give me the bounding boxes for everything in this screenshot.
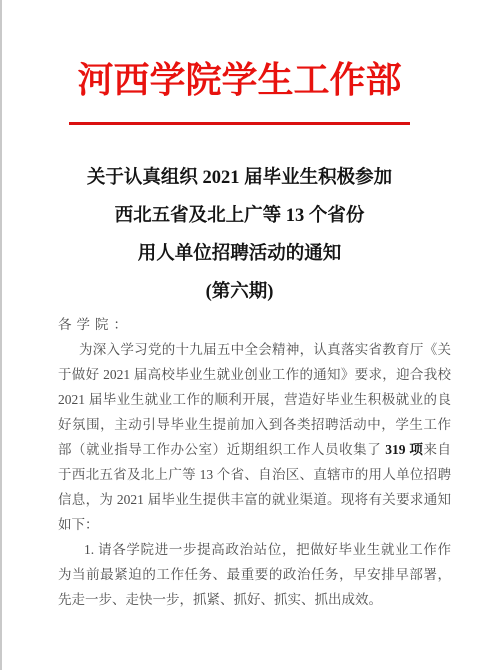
- notice-body: 各学院： 为深入学习党的十九届五中全会精神，认真落实省教育厅《关 于做好 202…: [2, 312, 477, 612]
- title-line-3: 用人单位招聘活动的通知: [2, 235, 477, 273]
- para2-line-2: 为当前最紧迫的工作任务、最重要的政治任务，早安排早部署，: [58, 562, 451, 587]
- notice-title: 关于认真组织 2021 届毕业生积极参加 西北五省及北上广等 13 个省份 用人…: [2, 159, 477, 311]
- letterhead-title: 河西学院学生工作部: [2, 0, 477, 106]
- highlight-count: 319 项: [385, 442, 423, 457]
- para1-line-4: 好氛围，主动引导毕业生提前加入到各类招聘活动中，学生工作: [58, 412, 451, 437]
- para1-line-1: 为深入学习党的十九届五中全会精神，认真落实省教育厅《关: [58, 337, 451, 362]
- document-page: 河西学院学生工作部 关于认真组织 2021 届毕业生积极参加 西北五省及北上广等…: [0, 0, 477, 670]
- para2-line-3: 先走一步、走快一步，抓紧、抓好、抓实、抓出成效。: [58, 587, 451, 612]
- para1-line-5-post: 来自: [423, 442, 451, 457]
- para1-line-5-pre: 部（就业指导工作办公室）近期组织工作人员收集了: [58, 442, 385, 457]
- para1-line-3: 2021 届毕业生就业工作的顺利开展，营造好毕业生积极就业的良: [58, 387, 451, 412]
- para1-line-2: 于做好 2021 届高校毕业生就业创业工作的通知》要求，迎合我校: [58, 362, 451, 387]
- letterhead-divider: [69, 122, 410, 125]
- para1-line-5: 部（就业指导工作办公室）近期组织工作人员收集了 319 项来自: [58, 437, 451, 462]
- para1-line-8: 如下：: [58, 512, 451, 537]
- salutation: 各学院：: [58, 312, 451, 337]
- title-line-2: 西北五省及北上广等 13 个省份: [2, 197, 477, 235]
- title-line-1: 关于认真组织 2021 届毕业生积极参加: [2, 159, 477, 197]
- para1-line-6: 于西北五省及北上广等 13 个省、自治区、直辖市的用人单位招聘: [58, 462, 451, 487]
- para2-line-1: 1. 请各学院进一步提高政治站位，把做好毕业生就业工作作: [58, 537, 451, 562]
- para1-line-7: 信息，为 2021 届毕业生提供丰富的就业渠道。现将有关要求通知: [58, 487, 451, 512]
- title-issue-number: (第六期): [2, 273, 477, 311]
